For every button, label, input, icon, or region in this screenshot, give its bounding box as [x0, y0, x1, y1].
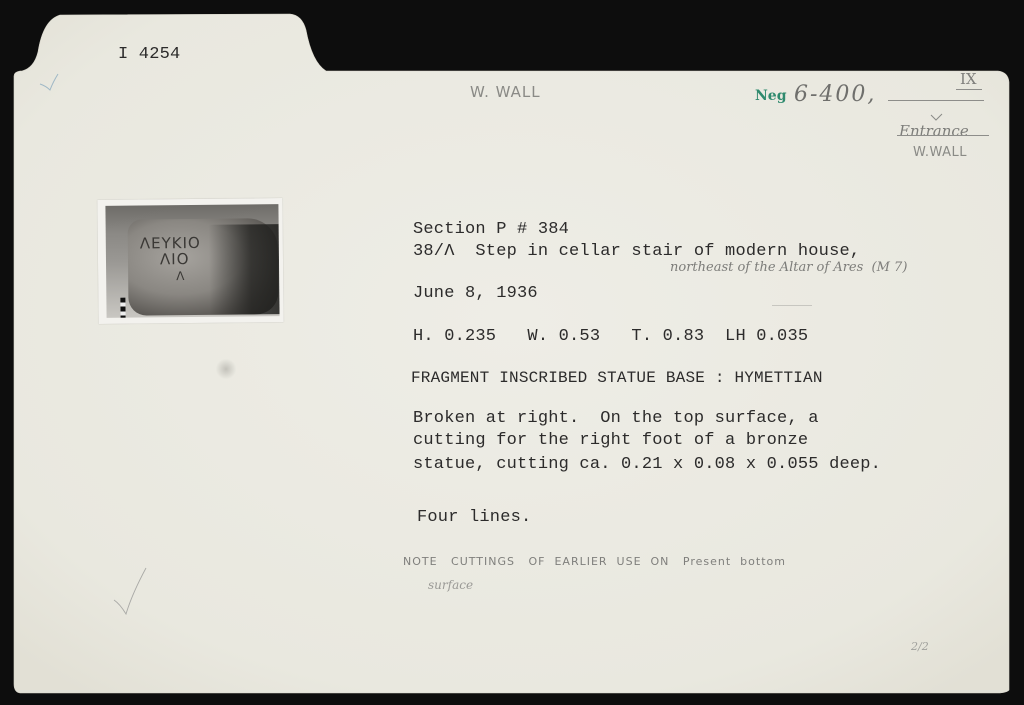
numeral-underline [956, 89, 982, 90]
section-line: Section P # 384 [413, 219, 569, 240]
negative-stamp-label: Neg [755, 88, 787, 104]
description-line-2: cutting for the right foot of a bronze [413, 430, 808, 451]
page-mark: 2/2 [911, 640, 929, 653]
strike-through-line [897, 135, 989, 136]
location-pencil-label: W. WALL [470, 83, 541, 101]
catalog-card: I 4254 W. WALL Neg 6-400, IX Entrance W.… [0, 0, 1024, 705]
roman-numeral-mark: IX [960, 70, 977, 88]
struck-line [888, 100, 984, 101]
pencil-checkmark-icon [112, 566, 148, 628]
struck-entrance-word: Entrance [899, 122, 969, 140]
paper-stain [216, 358, 236, 380]
description-line-1: Broken at right. On the top surface, a [413, 408, 819, 429]
pencil-checkmark-icon [38, 72, 62, 94]
dimensions-line: H. 0.235 W. 0.53 T. 0.83 LH 0.035 [413, 326, 808, 347]
findspot-line: 38/Λ Step in cellar stair of modern hous… [413, 241, 860, 262]
negative-number: 6-400, [794, 82, 876, 107]
pencil-note-line-2: surface [428, 578, 473, 592]
artifact-photo: ΛΕΥΚΙΟ ΛΙΟ Λ [97, 198, 283, 324]
description-line-3: statue, cutting ca. 0.21 x 0.08 x 0.055 … [413, 454, 881, 475]
object-title: FRAGMENT INSCRIBED STATUE BASE : HYMETTI… [411, 368, 823, 389]
findspot-handwritten-note: northeast of the Altar of Ares (M 7) [670, 260, 907, 275]
catalog-number: I 4254 [118, 44, 180, 65]
date-line: June 8, 1936 [413, 283, 538, 304]
pencil-note-line-1: NOTE CUTTINGS OF EARLIER USE ON Present … [403, 555, 786, 568]
photo-inscription: ΛΕΥΚΙΟ ΛΙΟ Λ [140, 235, 201, 285]
faint-mark [772, 305, 812, 306]
lines-count-note: Four lines. [417, 507, 531, 528]
scale-bar-icon [120, 298, 125, 318]
replacement-location-label: W.WALL [913, 145, 967, 160]
